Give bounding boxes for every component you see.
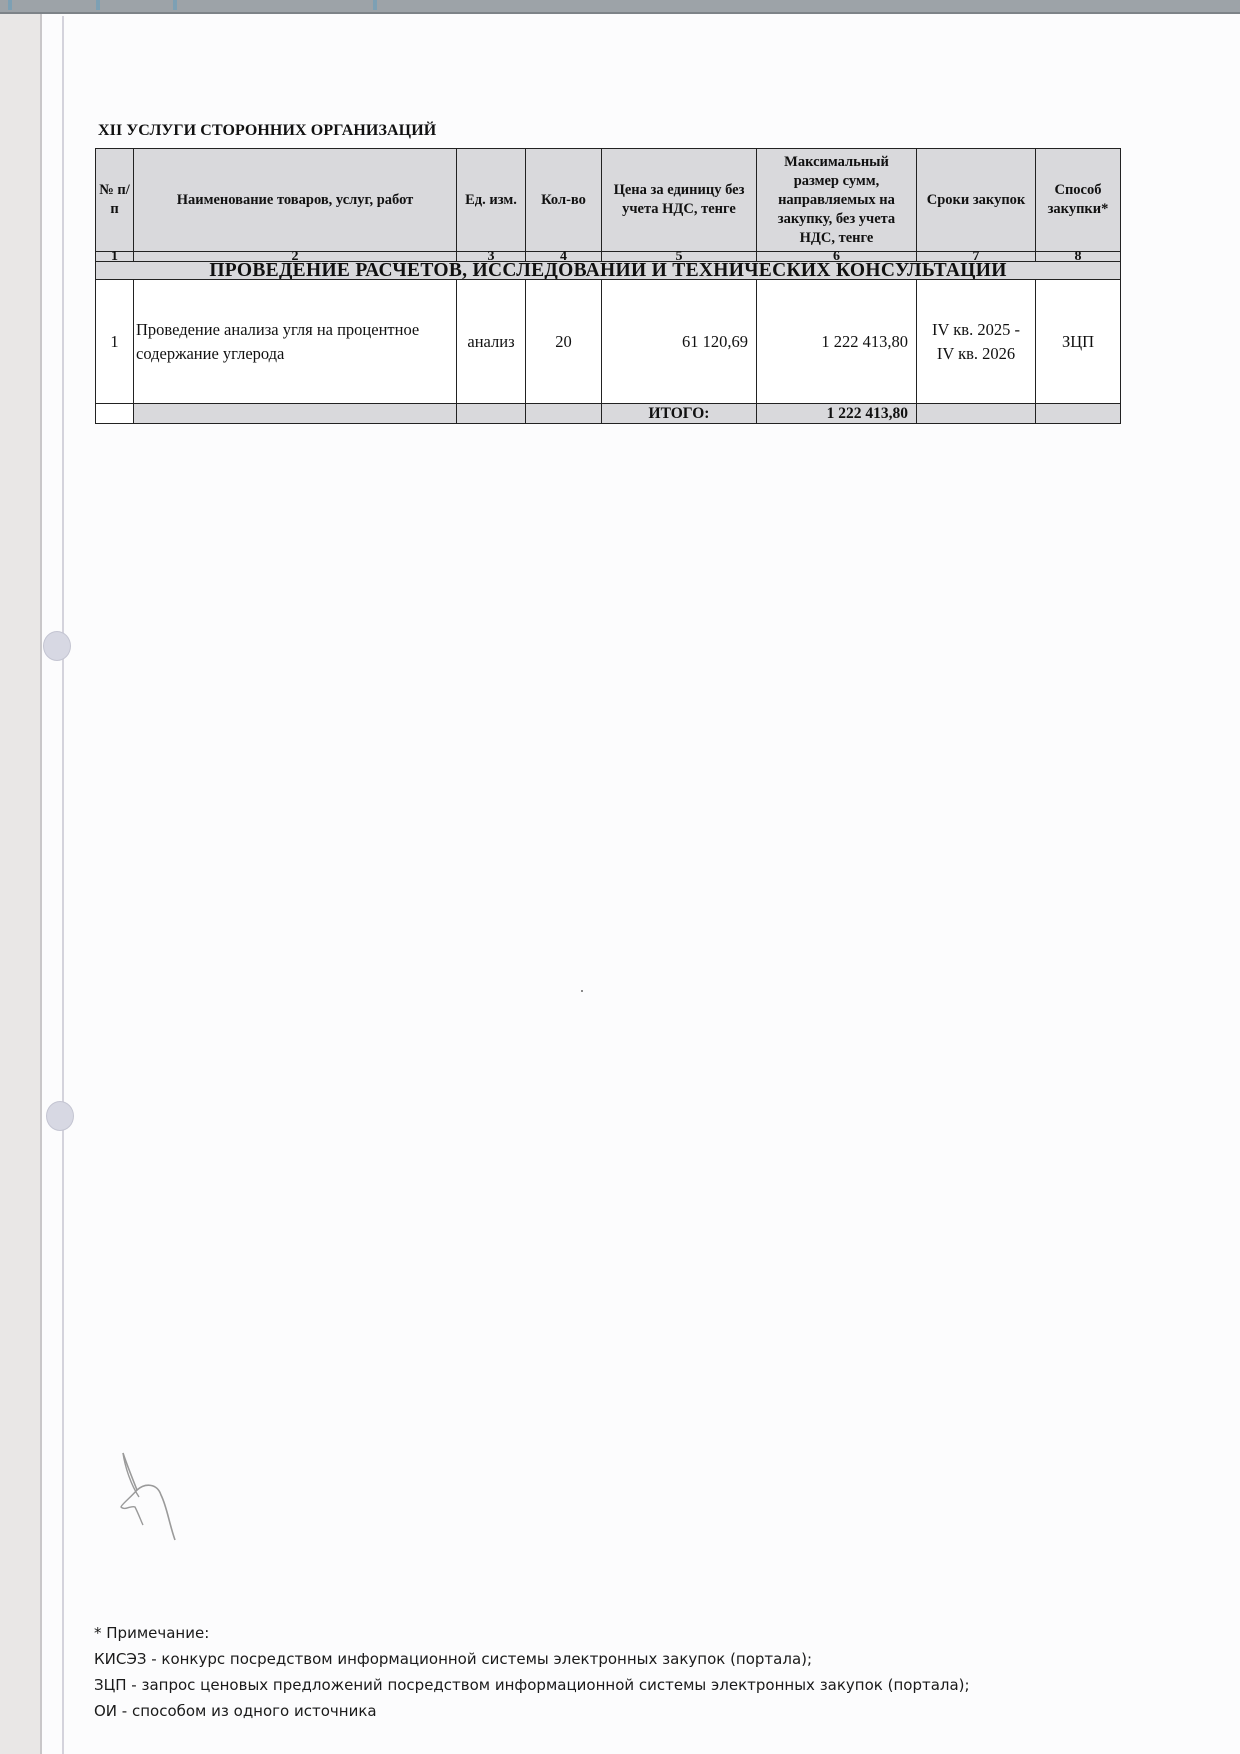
total-empty-cell (526, 404, 602, 424)
total-empty-cell (1036, 404, 1121, 424)
cell-name: Проведение анализа угля на процентное со… (134, 280, 457, 404)
period-start: IV кв. 2025 - (932, 320, 1020, 339)
header-period: Сроки закупок (917, 149, 1036, 252)
total-empty-cell (96, 404, 134, 424)
cell-max-amount: 1 222 413,80 (757, 280, 917, 404)
header-unit-price: Цена за единицу без учета НДС, тенге (602, 149, 757, 252)
column-number: 7 (917, 252, 1036, 262)
procurement-table: № п/п Наименование товаров, услуг, работ… (95, 148, 1121, 424)
cell-no: 1 (96, 280, 134, 404)
footnote-title: * Примечание: (94, 1620, 970, 1646)
total-empty-cell (917, 404, 1036, 424)
total-empty-cell (134, 404, 457, 424)
table-header-row: № п/п Наименование товаров, услуг, работ… (96, 149, 1121, 252)
column-number: 3 (457, 252, 526, 262)
column-number-row: 1 2 3 4 5 6 7 8 (96, 252, 1121, 262)
total-empty-cell (457, 404, 526, 424)
scanner-mark (173, 0, 177, 10)
footnote-line: ОИ - способом из одного источника (94, 1698, 970, 1724)
total-label: ИТОГО: (602, 404, 757, 424)
column-number: 1 (96, 252, 134, 262)
cell-unit: анализ (457, 280, 526, 404)
page-fold-line (62, 16, 64, 1754)
column-number: 2 (134, 252, 457, 262)
total-value: 1 222 413,80 (757, 404, 917, 424)
section-title: XII УСЛУГИ СТОРОННИХ ОРГАНИЗАЦИЙ (98, 122, 436, 140)
scan-speck (581, 990, 583, 992)
header-no: № п/п (96, 149, 134, 252)
scanner-mark (8, 0, 12, 10)
footnote-line: ЗЦП - запрос ценовых предложений посредс… (94, 1672, 970, 1698)
header-max-amount: Максимальный размер сумм, направляемых н… (757, 149, 917, 252)
column-number: 8 (1036, 252, 1121, 262)
footnote: * Примечание: КИСЭЗ - конкурс посредство… (94, 1620, 970, 1724)
column-number: 6 (757, 252, 917, 262)
total-row: ИТОГО: 1 222 413,80 (96, 404, 1121, 424)
period-end: IV кв. 2026 (937, 344, 1015, 363)
column-number: 4 (526, 252, 602, 262)
footnote-line: КИСЭЗ - конкурс посредством информационн… (94, 1646, 970, 1672)
table-row: 1 Проведение анализа угля на процентное … (96, 280, 1121, 404)
binding-hole (46, 1101, 74, 1131)
scanner-top-edge (0, 0, 1240, 14)
cell-period: IV кв. 2025 - IV кв. 2026 (917, 280, 1036, 404)
cell-method: ЗЦП (1036, 280, 1121, 404)
header-qty: Кол-во (526, 149, 602, 252)
header-unit: Ед. изм. (457, 149, 526, 252)
header-method: Способ закупки* (1036, 149, 1121, 252)
binding-hole (43, 631, 71, 661)
signature-mark (115, 1445, 185, 1545)
header-name: Наименование товаров, услуг, работ (134, 149, 457, 252)
section-heading-row: ПРОВЕДЕНИЕ РАСЧЕТОВ, ИССЛЕДОВАНИЙ И ТЕХН… (96, 262, 1121, 280)
column-number: 5 (602, 252, 757, 262)
cell-qty: 20 (526, 280, 602, 404)
section-heading: ПРОВЕДЕНИЕ РАСЧЕТОВ, ИССЛЕДОВАНИЙ И ТЕХН… (96, 262, 1121, 280)
cell-unit-price: 61 120,69 (602, 280, 757, 404)
scanner-mark (96, 0, 100, 10)
scanner-mark (373, 0, 377, 10)
